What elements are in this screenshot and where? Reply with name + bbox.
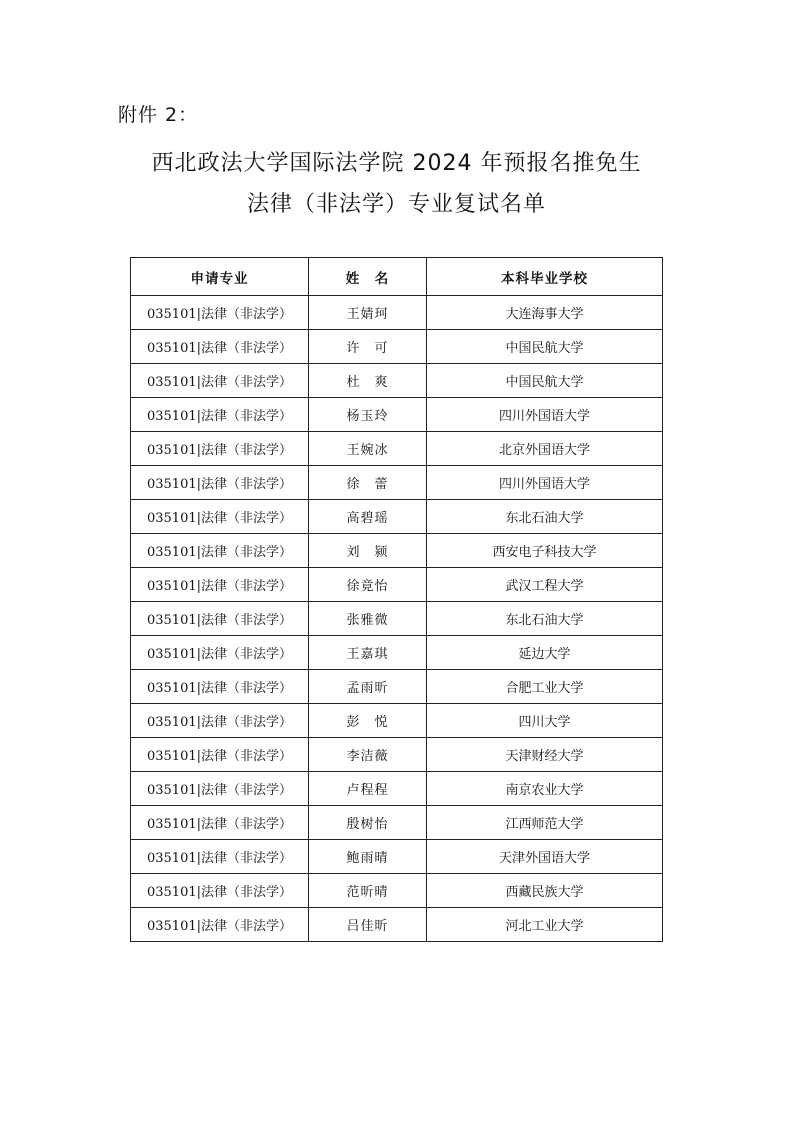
school-cell: 大连海事大学 <box>427 296 663 330</box>
name-cell: 徐竟怡 <box>309 568 427 602</box>
name-cell: 高碧瑶 <box>309 500 427 534</box>
table-row: 035101|法律（非法学）杜 爽中国民航大学 <box>131 364 663 398</box>
major-cell: 035101|法律（非法学） <box>131 466 309 500</box>
table-row: 035101|法律（非法学）吕佳昕河北工业大学 <box>131 908 663 942</box>
table-header-row: 申请专业 姓 名 本科毕业学校 <box>131 258 663 296</box>
header-school: 本科毕业学校 <box>427 258 663 296</box>
name-cell: 许 可 <box>309 330 427 364</box>
name-cell: 李洁薇 <box>309 738 427 772</box>
school-cell: 四川外国语大学 <box>427 466 663 500</box>
major-cell: 035101|法律（非法学） <box>131 704 309 738</box>
table-row: 035101|法律（非法学）殷树怡江西师范大学 <box>131 806 663 840</box>
major-cell: 035101|法律（非法学） <box>131 296 309 330</box>
table-row: 035101|法律（非法学）卢程程南京农业大学 <box>131 772 663 806</box>
name-cell: 徐 蕾 <box>309 466 427 500</box>
table-row: 035101|法律（非法学）李洁薇天津财经大学 <box>131 738 663 772</box>
name-cell: 彭 悦 <box>309 704 427 738</box>
table-row: 035101|法律（非法学）王婧珂大连海事大学 <box>131 296 663 330</box>
major-cell: 035101|法律（非法学） <box>131 908 309 942</box>
candidate-table: 申请专业 姓 名 本科毕业学校 035101|法律（非法学）王婧珂大连海事大学0… <box>130 257 663 942</box>
name-cell: 孟雨昕 <box>309 670 427 704</box>
table-row: 035101|法律（非法学）王嘉琪延边大学 <box>131 636 663 670</box>
school-cell: 中国民航大学 <box>427 330 663 364</box>
name-cell: 刘 颍 <box>309 534 427 568</box>
header-major: 申请专业 <box>131 258 309 296</box>
name-cell: 鲍雨晴 <box>309 840 427 874</box>
school-cell: 西安电子科技大学 <box>427 534 663 568</box>
major-cell: 035101|法律（非法学） <box>131 670 309 704</box>
name-cell: 杜 爽 <box>309 364 427 398</box>
major-cell: 035101|法律（非法学） <box>131 806 309 840</box>
major-cell: 035101|法律（非法学） <box>131 636 309 670</box>
table-row: 035101|法律（非法学）王婉冰北京外国语大学 <box>131 432 663 466</box>
school-cell: 延边大学 <box>427 636 663 670</box>
school-cell: 天津财经大学 <box>427 738 663 772</box>
major-cell: 035101|法律（非法学） <box>131 364 309 398</box>
table-row: 035101|法律（非法学）范昕晴西藏民族大学 <box>131 874 663 908</box>
name-cell: 张雅微 <box>309 602 427 636</box>
major-cell: 035101|法律（非法学） <box>131 840 309 874</box>
attachment-label: 附件 2： <box>118 100 198 127</box>
table-row: 035101|法律（非法学）徐竟怡武汉工程大学 <box>131 568 663 602</box>
name-cell: 王嘉琪 <box>309 636 427 670</box>
name-cell: 王婉冰 <box>309 432 427 466</box>
major-cell: 035101|法律（非法学） <box>131 534 309 568</box>
name-cell: 殷树怡 <box>309 806 427 840</box>
school-cell: 中国民航大学 <box>427 364 663 398</box>
document-title: 西北政法大学国际法学院 2024 年预报名推免生 <box>0 146 793 177</box>
major-cell: 035101|法律（非法学） <box>131 500 309 534</box>
major-cell: 035101|法律（非法学） <box>131 568 309 602</box>
table-row: 035101|法律（非法学）张雅微东北石油大学 <box>131 602 663 636</box>
table-row: 035101|法律（非法学）刘 颍西安电子科技大学 <box>131 534 663 568</box>
name-cell: 王婧珂 <box>309 296 427 330</box>
table-row: 035101|法律（非法学）鲍雨晴天津外国语大学 <box>131 840 663 874</box>
major-cell: 035101|法律（非法学） <box>131 398 309 432</box>
school-cell: 天津外国语大学 <box>427 840 663 874</box>
major-cell: 035101|法律（非法学） <box>131 772 309 806</box>
major-cell: 035101|法律（非法学） <box>131 602 309 636</box>
school-cell: 南京农业大学 <box>427 772 663 806</box>
table-row: 035101|法律（非法学）高碧瑶东北石油大学 <box>131 500 663 534</box>
school-cell: 四川大学 <box>427 704 663 738</box>
school-cell: 江西师范大学 <box>427 806 663 840</box>
major-cell: 035101|法律（非法学） <box>131 874 309 908</box>
school-cell: 河北工业大学 <box>427 908 663 942</box>
school-cell: 东北石油大学 <box>427 500 663 534</box>
major-cell: 035101|法律（非法学） <box>131 432 309 466</box>
school-cell: 西藏民族大学 <box>427 874 663 908</box>
table-row: 035101|法律（非法学）孟雨昕合肥工业大学 <box>131 670 663 704</box>
school-cell: 合肥工业大学 <box>427 670 663 704</box>
school-cell: 北京外国语大学 <box>427 432 663 466</box>
major-cell: 035101|法律（非法学） <box>131 738 309 772</box>
school-cell: 武汉工程大学 <box>427 568 663 602</box>
name-cell: 卢程程 <box>309 772 427 806</box>
table-row: 035101|法律（非法学）杨玉玲四川外国语大学 <box>131 398 663 432</box>
header-name: 姓 名 <box>309 258 427 296</box>
table-row: 035101|法律（非法学）许 可中国民航大学 <box>131 330 663 364</box>
name-cell: 范昕晴 <box>309 874 427 908</box>
table-row: 035101|法律（非法学）徐 蕾四川外国语大学 <box>131 466 663 500</box>
table-row: 035101|法律（非法学）彭 悦四川大学 <box>131 704 663 738</box>
name-cell: 杨玉玲 <box>309 398 427 432</box>
school-cell: 四川外国语大学 <box>427 398 663 432</box>
major-cell: 035101|法律（非法学） <box>131 330 309 364</box>
document-subtitle: 法律（非法学）专业复试名单 <box>0 187 793 218</box>
school-cell: 东北石油大学 <box>427 602 663 636</box>
name-cell: 吕佳昕 <box>309 908 427 942</box>
